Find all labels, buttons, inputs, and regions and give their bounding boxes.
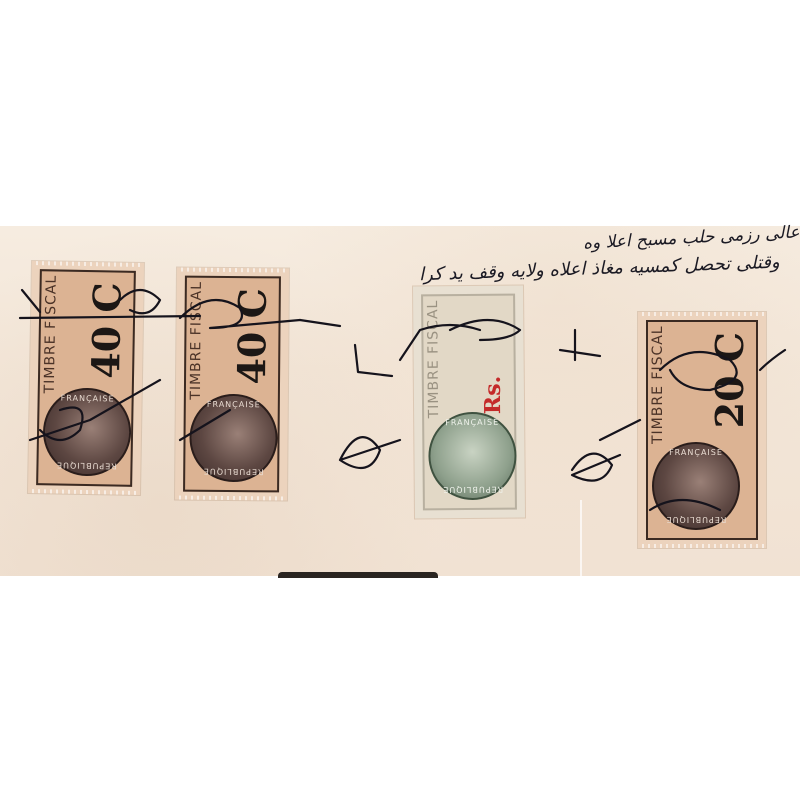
medallion-top-text: FRANÇAISE: [192, 400, 276, 410]
paper-tear: [278, 572, 438, 578]
marianne-medallion-icon: FRANÇAISE REPUBLIQUE: [428, 412, 517, 501]
stamp-value: 40 C: [229, 288, 275, 385]
stamp-type-text: TIMBRE FISCAL: [188, 280, 219, 400]
medallion-top-text: FRANÇAISE: [654, 448, 738, 457]
medallion-bottom-text: REPUBLIQUE: [654, 515, 738, 524]
medallion-bottom-text: REPUBLIQUE: [431, 485, 515, 495]
stamp-type-text: TIMBRE FISCAL: [425, 298, 456, 418]
stamp-value: 20 C: [707, 332, 752, 428]
stamp-type-text: TIMBRE FISCAL: [42, 273, 74, 394]
marianne-medallion-icon: FRANÇAISE REPUBLIQUE: [42, 387, 132, 477]
revenue-stamp-2: TIMBRE FISCAL 40 C FRANÇAISE REPUBLIQUE: [175, 268, 289, 501]
medallion-bottom-text: REPUBLIQUE: [44, 460, 128, 470]
stamp-value: 40 C: [83, 282, 130, 379]
medallion-top-text: FRANÇAISE: [46, 393, 130, 403]
marianne-medallion-icon: FRANÇAISE REPUBLIQUE: [652, 442, 740, 530]
medallion-bottom-text: REPUBLIQUE: [191, 467, 275, 477]
stamp-type-text: TIMBRE FISCAL: [650, 324, 680, 444]
revenue-stamp-4: TIMBRE FISCAL 20 C FRANÇAISE REPUBLIQUE: [638, 312, 766, 548]
paper-fold: [580, 500, 582, 576]
marianne-medallion-icon: FRANÇAISE REPUBLIQUE: [189, 394, 278, 483]
revenue-stamp-3: TIMBRE FISCAL 7,50 Rs. FRANÇAISE REPUBLI…: [413, 286, 525, 519]
medallion-top-text: FRANÇAISE: [430, 418, 514, 428]
revenue-stamp-1: TIMBRE FISCAL 40 C FRANÇAISE REPUBLIQUE: [28, 261, 144, 495]
